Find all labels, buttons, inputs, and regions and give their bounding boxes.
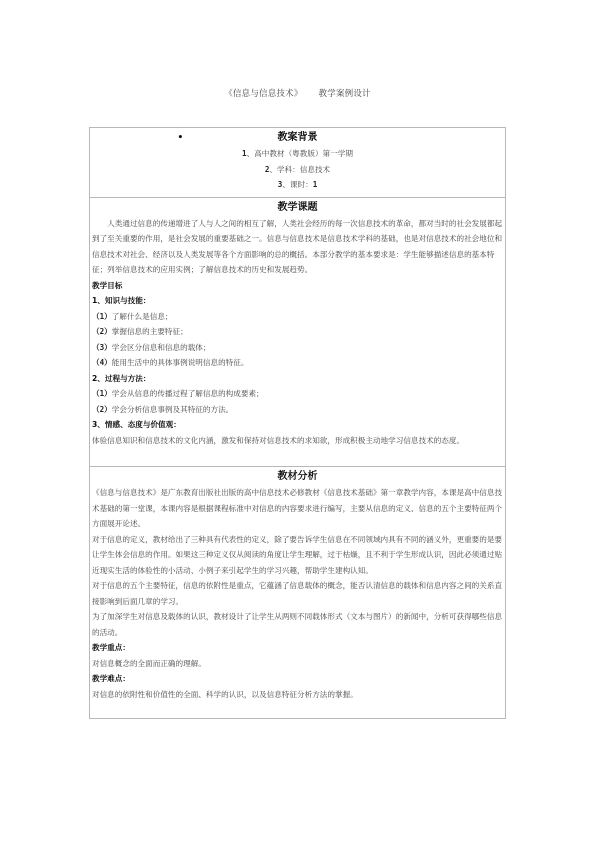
background-cell: •教案背景 1、高中教材（粤教版）第一学期 2、学科：信息技术 3、课时：1: [90, 128, 506, 198]
section-background: •教案背景 1、高中教材（粤教版）第一学期 2、学科：信息技术 3、课时：1: [90, 128, 506, 198]
emotion-heading: 3、情感、态度与价值观：: [92, 417, 503, 433]
document-title-subtitle: 教学案例设计: [319, 89, 371, 99]
difficulty-text: 对信息的依附性和价值性的全面、科学的认识，以及信息特征分析方法的掌握。: [92, 687, 503, 703]
analysis-cell: 教材分析 《信息与信息技术》是广东教育出版社出版的高中信息技术必修教材《信息技术…: [90, 467, 506, 719]
analysis-paragraph-1: 《信息与信息技术》是广东教育出版社出版的高中信息技术必修教材《信息技术基础》第一…: [92, 485, 503, 532]
section-analysis: 教材分析 《信息与信息技术》是广东教育出版社出版的高中信息技术必修教材《信息技术…: [90, 467, 506, 719]
topic-cell: 教学课题 人类通过信息的传递增进了人与人之间的相互了解，人类社会经历的每一次信息…: [90, 197, 506, 467]
analysis-paragraph-2: 对于信息的定义，教材给出了三种具有代表性的定义，除了要告诉学生信息在不同领域内具…: [92, 532, 503, 579]
analysis-heading: 教材分析: [92, 469, 503, 485]
background-item-2: 2、学科：信息技术: [92, 162, 503, 178]
knowledge-item-1: （1）了解什么是信息；: [92, 309, 503, 325]
knowledge-item-3: （3）学会区分信息和信息的载体；: [92, 340, 503, 356]
key-points-heading: 教学重点：: [92, 640, 503, 656]
analysis-paragraph-4: 为了加深学生对信息及载体的认识，教材设计了让学生从两则不同载体形式（文本与图片）…: [92, 609, 503, 640]
background-heading-row: •教案背景: [92, 130, 503, 146]
emotion-text: 体验信息知识和信息技术的文化内涵，激发和保持对信息技术的求知欲，形成积极主动地学…: [92, 433, 503, 449]
process-item-2: （2）学会分析信息事例及其特征的方法。: [92, 402, 503, 418]
knowledge-item-2: （2）掌握信息的主要特征；: [92, 324, 503, 340]
document-title-name: 《信息与信息技术》: [224, 89, 302, 99]
knowledge-item-4: （4）能用生活中的具体事例说明信息的特征。: [92, 355, 503, 371]
lesson-plan-table: •教案背景 1、高中教材（粤教版）第一学期 2、学科：信息技术 3、课时：1 教…: [89, 127, 506, 719]
background-item-1: 1、高中教材（粤教版）第一学期: [92, 146, 503, 162]
section-topic: 教学课题 人类通过信息的传递增进了人与人之间的相互了解，人类社会经历的每一次信息…: [90, 197, 506, 467]
topic-heading: 教学课题: [92, 200, 503, 216]
process-heading: 2、过程与方法：: [92, 371, 503, 387]
topic-intro: 人类通过信息的传递增进了人与人之间的相互了解，人类社会经历的每一次信息技术的革命…: [92, 216, 503, 278]
spacer: [92, 448, 503, 462]
difficulty-heading: 教学难点：: [92, 671, 503, 687]
bullet-icon: •: [178, 130, 278, 146]
background-item-3: 3、课时：1: [92, 177, 503, 193]
spacer: [92, 702, 503, 714]
process-item-1: （1）学会从信息的传播过程了解信息的构成要素；: [92, 386, 503, 402]
analysis-paragraph-3: 对于信息的五个主要特征，信息的依附性是重点，它蕴涵了信息载体的概念，能否认清信息…: [92, 578, 503, 609]
background-heading: 教案背景: [278, 132, 318, 143]
key-points-text: 对信息概念的全面而正确的理解。: [92, 656, 503, 672]
document-title: 《信息与信息技术》教学案例设计: [0, 87, 595, 99]
objectives-heading: 教学目标: [92, 278, 503, 294]
knowledge-heading: 1、知识与技能：: [92, 293, 503, 309]
